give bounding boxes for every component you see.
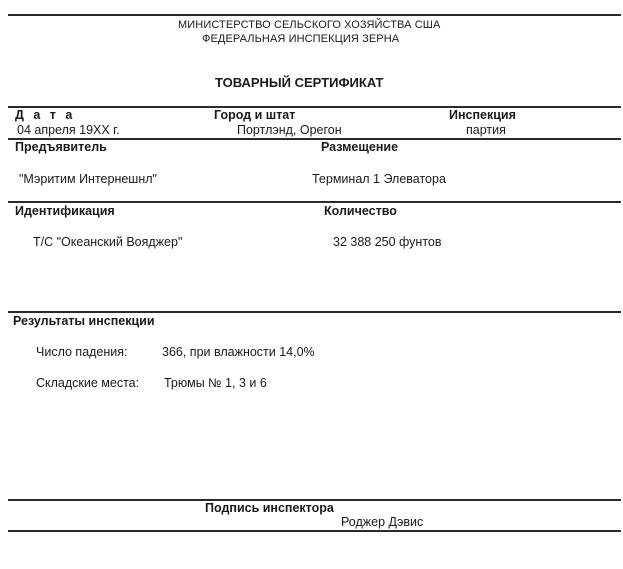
identification-label: Идентификация — [15, 204, 115, 218]
results-label: Результаты инспекции — [13, 314, 155, 328]
agency-line-1: МИНИСТЕРСТВО СЕЛЬСКОГО ХОЗЯЙСТВА США — [178, 19, 440, 31]
top-rule — [8, 14, 621, 16]
rule-identification — [8, 201, 621, 203]
rule-date — [8, 106, 621, 108]
inspection-label: Инспекция — [449, 108, 516, 122]
agency-line-2: ФЕДЕРАЛЬНАЯ ИНСПЕКЦИЯ ЗЕРНА — [202, 33, 399, 45]
document-title: ТОВАРНЫЙ СЕРТИФИКАТ — [215, 75, 384, 90]
rule-results — [8, 311, 621, 313]
date-label: Д а т а — [15, 108, 75, 122]
storage-label: Складские места: — [36, 376, 139, 390]
signature-label: Подпись инспектора — [205, 501, 334, 515]
inspection-value: партия — [466, 123, 506, 137]
location-label: Размещение — [321, 140, 398, 154]
inspector-name: Роджер Дэвис — [341, 515, 423, 529]
rule-bottom — [8, 530, 621, 532]
applicant-label: Предъявитель — [15, 140, 107, 154]
identification-value: Т/С "Океанский Вояджер" — [33, 235, 182, 249]
quantity-value: 32 388 250 фунтов — [333, 235, 442, 249]
storage-value: Трюмы № 1, 3 и 6 — [164, 376, 267, 390]
applicant-value: "Мэритим Интернешнл" — [19, 172, 157, 186]
date-value: 04 апреля 19ХХ г. — [17, 123, 120, 137]
city-state-label: Город и штат — [214, 108, 295, 122]
falling-number-label: Число падения: — [36, 345, 128, 359]
quantity-label: Количество — [324, 204, 397, 218]
location-value: Терминал 1 Элеватора — [312, 172, 446, 186]
falling-number-value: 366, при влажности 14,0% — [162, 345, 315, 359]
city-state-value: Портлэнд, Орегон — [237, 123, 342, 137]
